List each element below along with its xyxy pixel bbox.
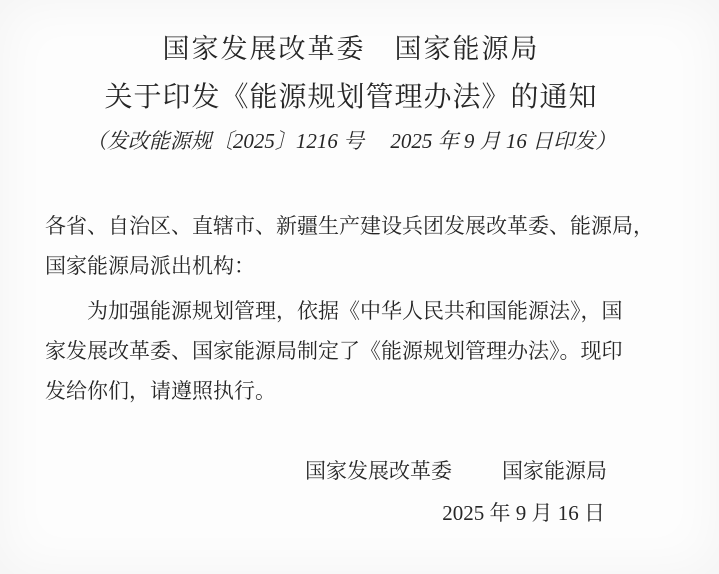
addressee-line: 国家能源局派出机构：: [45, 246, 657, 286]
signature-agency-ndrc: 国家发展改革委: [305, 451, 452, 491]
scanned-notice-document: 国家发展改革委 国家能源局 关于印发《能源规划管理办法》的通知 （发改能源规〔2…: [0, 0, 719, 574]
issuing-agencies-title: 国家发展改革委 国家能源局: [45, 32, 657, 66]
notice-body-paragraph: 为加强能源规划管理，依据《中华人民共和国能源法》，国 家发展改革委、国家能源局制…: [45, 291, 657, 411]
addressee-block: 各省、自治区、直辖市、新疆生产建设兵团发展改革委、能源局， 国家能源局派出机构：: [45, 206, 657, 286]
signature-agency-nea: 国家能源局: [502, 451, 607, 491]
document-header: 国家发展改革委 国家能源局 关于印发《能源规划管理办法》的通知 （发改能源规〔2…: [45, 32, 657, 156]
addressee-line: 各省、自治区、直辖市、新疆生产建设兵团发展改革委、能源局，: [45, 206, 657, 246]
document-subject-title: 关于印发《能源规划管理办法》的通知: [45, 80, 657, 116]
body-text-line: 发给你们，请遵照执行。: [45, 371, 657, 411]
document-content: 国家发展改革委 国家能源局 关于印发《能源规划管理办法》的通知 （发改能源规〔2…: [45, 32, 657, 533]
body-text-line: 家发展改革委、国家能源局制定了《能源规划管理办法》。现印: [45, 331, 657, 371]
document-number-and-print-date: （发改能源规〔2025〕1216 号 2025 年 9 月 16 日印发）: [45, 126, 657, 156]
signature-date: 2025 年 9 月 16 日: [45, 493, 657, 533]
signature-block: 国家发展改革委 国家能源局: [45, 451, 657, 491]
body-text-line: 为加强能源规划管理，依据《中华人民共和国能源法》，国: [45, 291, 657, 331]
